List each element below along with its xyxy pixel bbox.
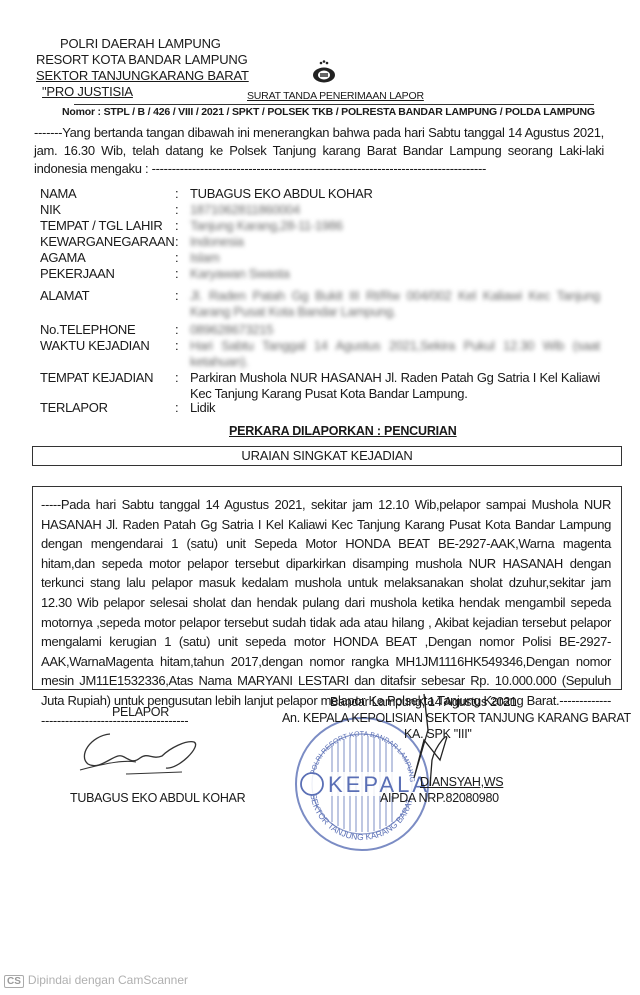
officer-name: DIANSYAH,WS [420,775,503,789]
field-value-redacted: 1871062811860004 [190,202,600,218]
field-colon: : [175,322,178,338]
header-line-2: RESORT KOTA BANDAR LAMPUNG [36,52,248,68]
field-colon: : [175,266,178,282]
field-label: TERLAPOR [40,400,108,416]
document-number: Nomor : STPL / B / 426 / VIII / 2021 / S… [62,106,595,118]
field-value-redacted: Tanjung Karang,28-11-1986 [190,218,600,234]
officer-id: AIPDA NRP.82080980 [380,791,499,805]
field-label: TEMPAT / TGL LAHIR [40,218,162,234]
section-title: URAIAN SINGKAT KEJADIAN [33,448,621,463]
field-colon: : [175,218,178,234]
field-colon: : [175,202,178,218]
field-colon: : [175,234,178,250]
police-emblem-icon [311,60,337,84]
field-colon: : [175,370,178,386]
field-value-redacted: Jl. Raden Patah Gg Bukit III Rt/Rw 004/0… [190,288,600,320]
field-value: Parkiran Mushola NUR HASANAH Jl. Raden P… [190,370,600,402]
field-label: NAMA [40,186,76,202]
field-label: No.TELEPHONE [40,322,135,338]
field-label: KEWARGANEGARAAN [40,234,174,250]
reporter-signature-icon [70,726,220,780]
intro-paragraph: -------Yang bertanda tangan dibawah ini … [34,124,604,178]
document-page: POLRI DAERAH LAMPUNG RESORT KOTA BANDAR … [0,0,640,995]
camscanner-logo-icon: CS [4,975,24,988]
field-value: Lidik [190,400,600,416]
title-divider [74,104,594,105]
field-value: TUBAGUS EKO ABDUL KOHAR [190,186,600,202]
header-line-4: "PRO JUSTISIA [42,84,133,100]
field-value-redacted: Hari Sabtu Tanggal 14 Agustus 2021,Sekir… [190,338,600,370]
field-value-redacted: Indonesia [190,234,600,250]
field-colon: : [175,186,178,202]
field-label: WAKTU KEJADIAN [40,338,149,354]
field-label: ALAMAT [40,288,89,304]
header-line-3: SEKTOR TANJUNGKARANG BARAT [36,68,249,84]
field-label: AGAMA [40,250,85,266]
scanner-text: Dipindai dengan CamScanner [28,973,188,987]
field-colon: : [175,338,178,354]
field-colon: : [175,400,178,416]
field-value-redacted: Karyawan Swasta [190,266,600,282]
header-line-1: POLRI DAERAH LAMPUNG [60,36,221,52]
reporter-label: PELAPOR [112,705,169,719]
scanner-watermark: CSDipindai dengan CamScanner [4,973,188,988]
field-label: NIK [40,202,61,218]
field-label: TEMPAT KEJADIAN [40,370,153,386]
document-title: SURAT TANDA PENERIMAAN LAPOR [247,90,424,102]
narrative-box: -----Pada hari Sabtu tanggal 14 Agustus … [32,486,622,690]
field-value-redacted: 089628673215 [190,322,600,338]
incident-narrative: -----Pada hari Sabtu tanggal 14 Agustus … [41,495,611,730]
field-colon: : [175,288,178,304]
case-type: PERKARA DILAPORKAN : PENCURIAN [229,424,457,438]
reporter-name: TUBAGUS EKO ABDUL KOHAR [70,791,245,805]
field-value-redacted: Islam [190,250,600,266]
field-colon: : [175,250,178,266]
field-label: PEKERJAAN [40,266,115,282]
section-title-box: URAIAN SINGKAT KEJADIAN [32,446,622,466]
